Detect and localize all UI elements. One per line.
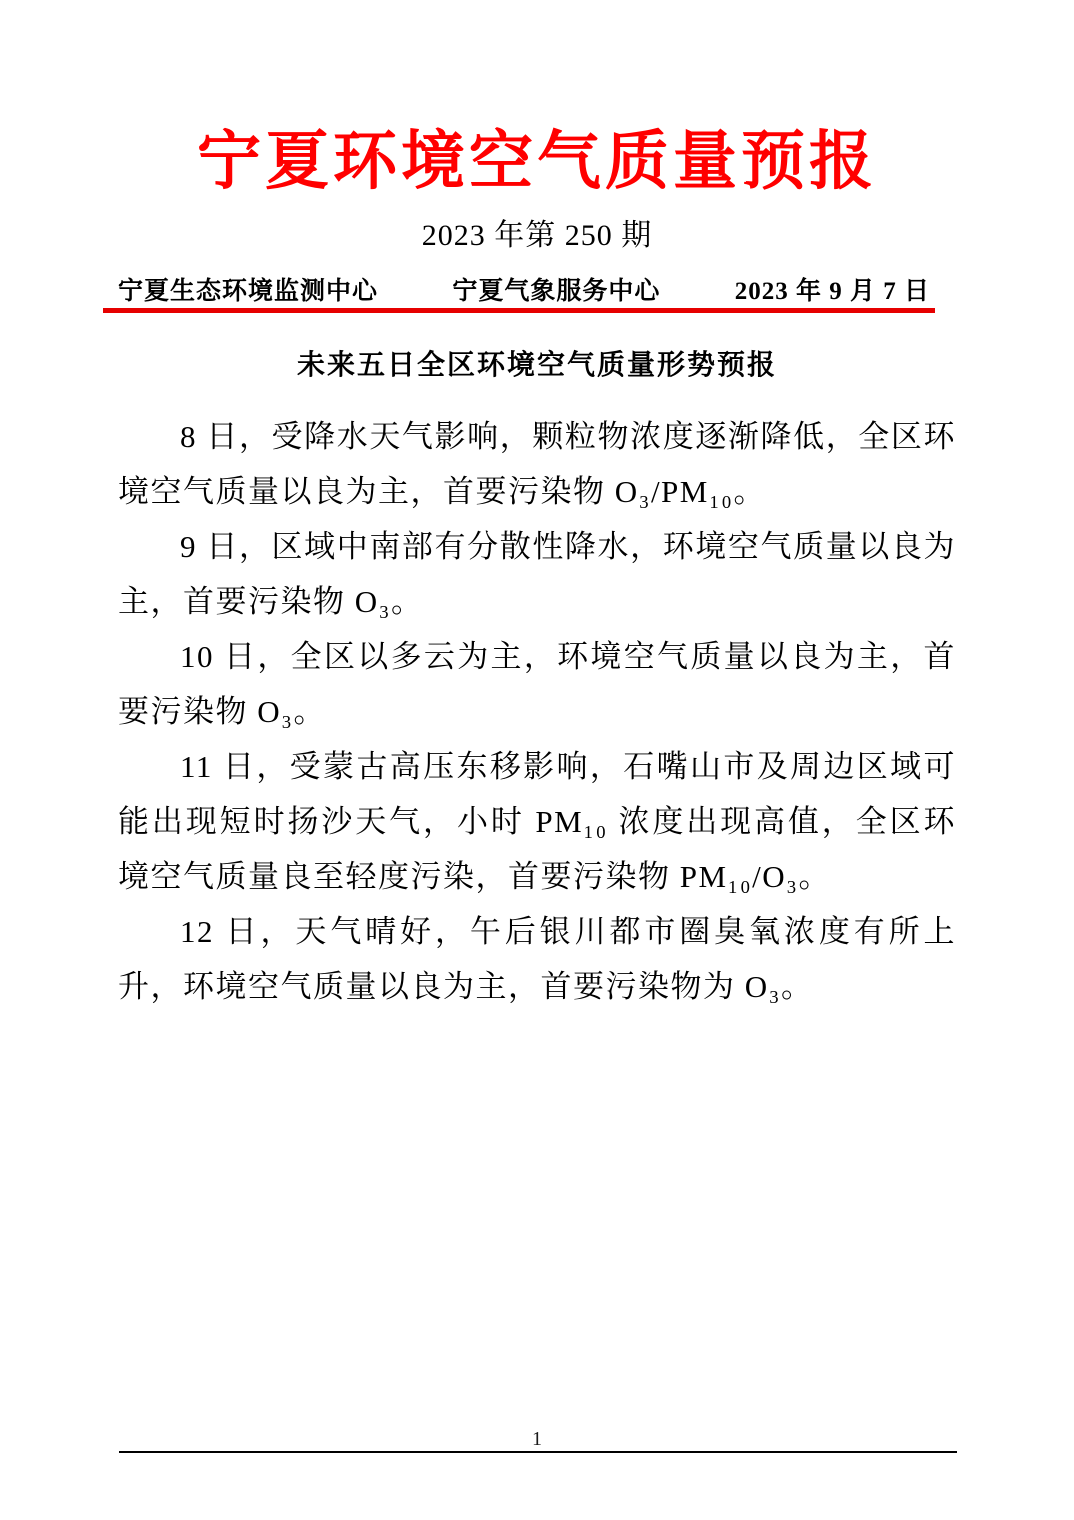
footer-rule xyxy=(119,1451,957,1453)
document-title: 宁夏环境空气质量预报 xyxy=(0,122,1074,202)
paragraph-day-8: 8 日，受降水天气影响，颗粒物浓度逐渐降低，全区环境空气质量以良为主，首要污染物… xyxy=(118,409,956,519)
paragraph-day-10: 10 日，全区以多云为主，环境空气质量以良为主，首要污染物 O₃。 xyxy=(118,629,956,739)
forecast-document-page: 宁夏环境空气质量预报 2023 年第 250 期 宁夏生态环境监测中心 宁夏气象… xyxy=(0,0,1074,1520)
forecast-body: 8 日，受降水天气影响，颗粒物浓度逐渐降低，全区环境空气质量以良为主，首要污染物… xyxy=(118,409,956,1014)
issuing-header-row: 宁夏生态环境监测中心 宁夏气象服务中心 2023 年 9 月 7 日 xyxy=(118,276,930,308)
issuing-org-left: 宁夏生态环境监测中心 xyxy=(118,276,378,308)
paragraph-day-12: 12 日，天气晴好，午后银川都市圈臭氧浓度有所上升，环境空气质量以良为主，首要污… xyxy=(118,904,956,1014)
section-title: 未来五日全区环境空气质量形势预报 xyxy=(0,346,1074,386)
issue-number-line: 2023 年第 250 期 xyxy=(0,216,1074,256)
page-number: 1 xyxy=(0,1426,1074,1452)
issue-date: 2023 年 9 月 7 日 xyxy=(735,276,930,308)
issuing-org-center: 宁夏气象服务中心 xyxy=(452,276,660,308)
header-divider-rule xyxy=(103,308,935,313)
paragraph-day-11: 11 日，受蒙古高压东移影响，石嘴山市及周边区域可能出现短时扬沙天气，小时 PM… xyxy=(118,739,956,904)
paragraph-day-9: 9 日，区域中南部有分散性降水，环境空气质量以良为主，首要污染物 O₃。 xyxy=(118,519,956,629)
